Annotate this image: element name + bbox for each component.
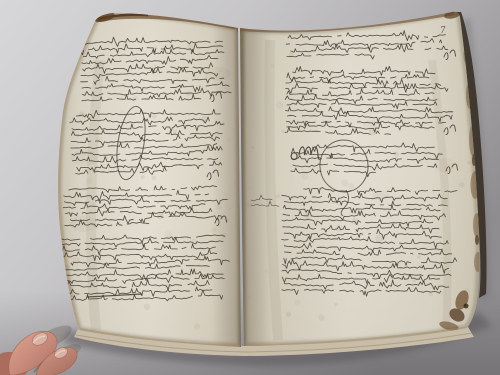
paper-speckle xyxy=(281,130,284,133)
corner-stain-dark xyxy=(464,304,469,309)
paper-speckle xyxy=(252,146,255,149)
paper-speckle xyxy=(160,147,162,149)
paper-speckle xyxy=(334,303,337,306)
paper-speckle xyxy=(302,173,309,180)
paper-speckle xyxy=(173,130,177,134)
fore-edge-stain-dark xyxy=(475,235,479,245)
paper-speckle xyxy=(151,113,156,118)
paper-speckle xyxy=(413,279,417,283)
paper-speckle xyxy=(318,314,324,320)
paper-speckle xyxy=(194,323,200,329)
manuscript-scene: 7 xyxy=(0,0,500,375)
paper-speckle xyxy=(286,312,291,317)
paper-speckle xyxy=(276,101,284,109)
paper-speckle xyxy=(467,161,471,165)
paper-blotch xyxy=(70,149,98,165)
paper-speckle xyxy=(265,270,267,272)
paper-speckle xyxy=(192,239,196,243)
paper-speckle xyxy=(417,255,421,259)
manuscript-photograph: 7 xyxy=(0,0,500,375)
paper-speckle xyxy=(441,199,448,206)
paper-speckle xyxy=(86,177,92,183)
paper-speckle xyxy=(394,152,399,157)
paper-speckle xyxy=(432,221,434,223)
paper-speckle xyxy=(289,72,290,73)
paper-speckle xyxy=(227,138,232,143)
paper-speckle xyxy=(186,91,191,96)
paper-speckle xyxy=(249,187,250,188)
paper-speckle xyxy=(459,182,465,188)
paper-speckle xyxy=(294,299,300,305)
paper-blotch xyxy=(435,158,455,173)
paper-speckle xyxy=(276,194,280,198)
paper-speckle xyxy=(248,296,252,300)
paper-speckle xyxy=(116,79,118,81)
paper-speckle xyxy=(114,202,115,203)
paper-speckle xyxy=(176,142,179,145)
paper-speckle xyxy=(73,257,81,265)
paper-speckle xyxy=(384,40,388,44)
paper-speckle xyxy=(144,303,151,310)
paper-speckle xyxy=(165,231,172,238)
paper-speckle xyxy=(96,137,103,144)
paper-speckle xyxy=(245,202,251,208)
paper-speckle xyxy=(375,235,383,243)
paper-speckle xyxy=(119,110,126,117)
paper-speckle xyxy=(348,183,355,190)
paper-speckle xyxy=(211,227,217,233)
paper-speckle xyxy=(152,175,157,180)
paper-shading xyxy=(49,10,484,355)
paper-speckle xyxy=(271,64,275,68)
paper-speckle xyxy=(335,224,342,231)
paper-speckle xyxy=(312,280,313,281)
paper-blotch xyxy=(70,215,97,232)
page-number: 7 xyxy=(440,26,447,36)
paper-speckle xyxy=(341,179,349,187)
paper-speckle xyxy=(141,175,145,179)
paper-speckle xyxy=(228,207,231,210)
paper-speckle xyxy=(107,54,109,56)
paper-speckle xyxy=(464,288,470,294)
